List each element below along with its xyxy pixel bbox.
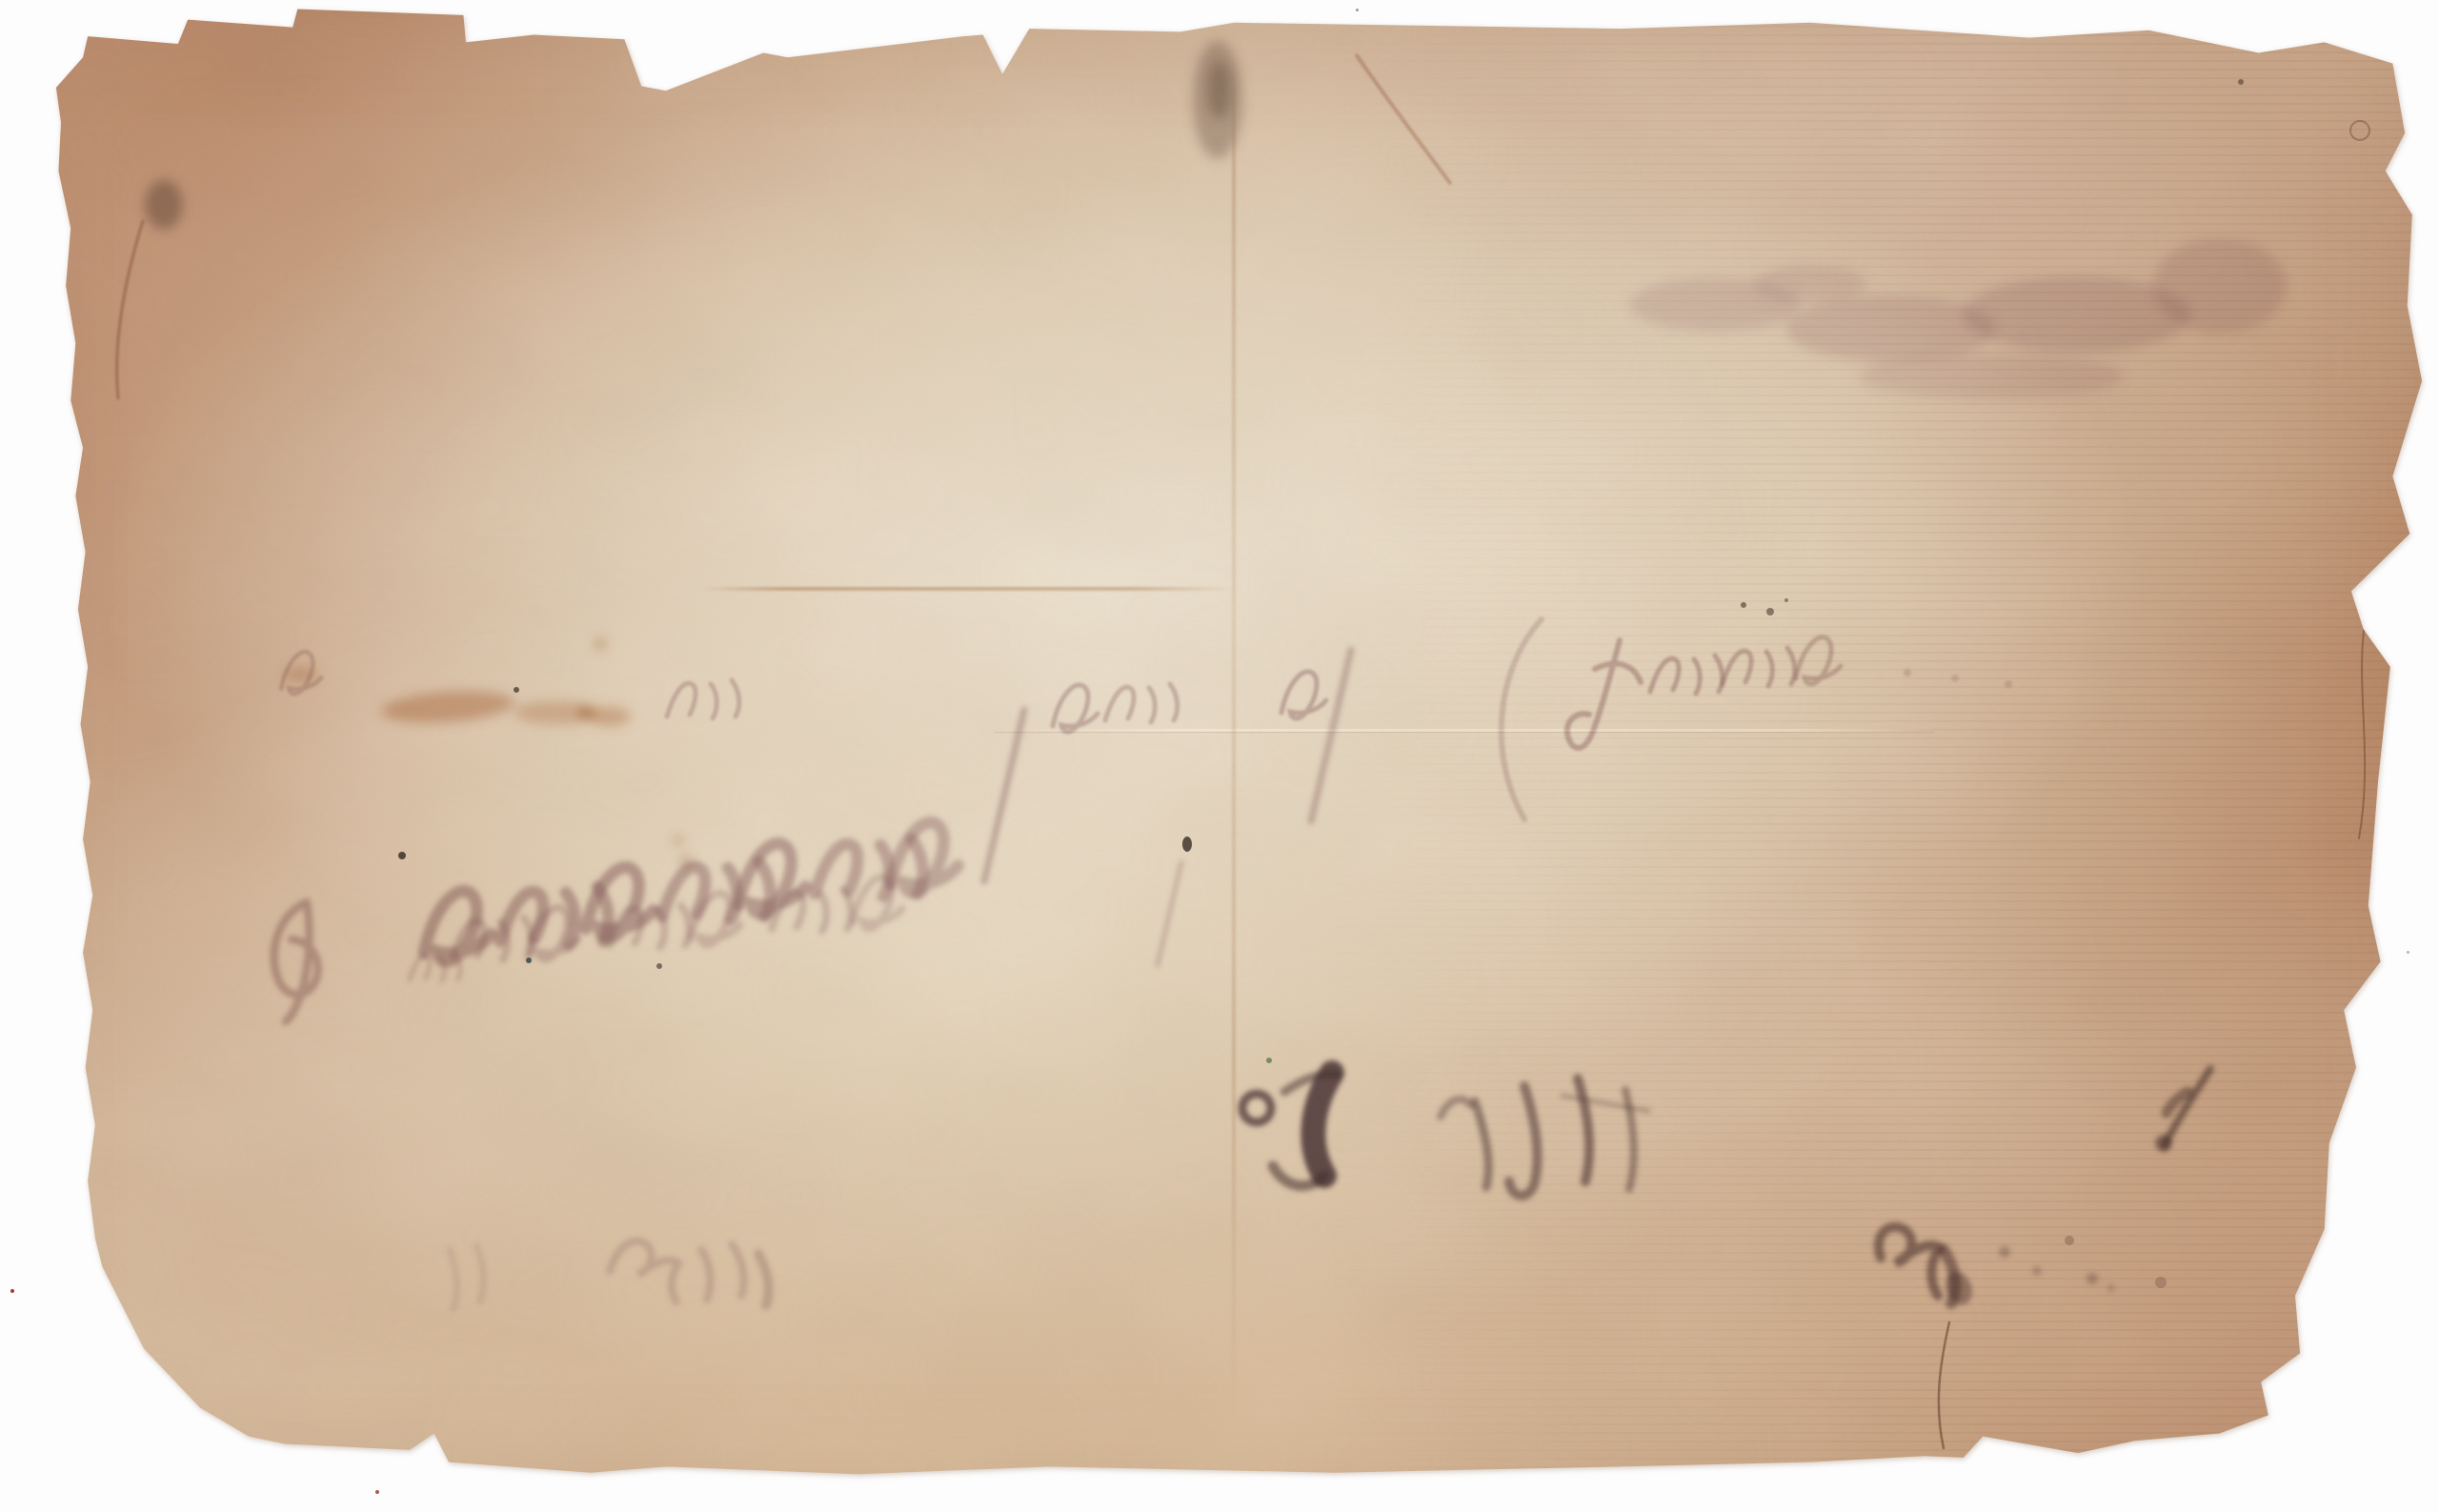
dust-speck bbox=[375, 1490, 379, 1494]
dust-speck bbox=[2407, 951, 2409, 954]
dust-speck bbox=[1356, 9, 1359, 11]
dust-speck bbox=[10, 1289, 14, 1293]
paper-torn-outline bbox=[0, 0, 2439, 1512]
paper-grain-texture bbox=[0, 0, 2439, 1512]
scan-background bbox=[0, 0, 2439, 1512]
paper-sheet bbox=[0, 0, 2439, 1512]
